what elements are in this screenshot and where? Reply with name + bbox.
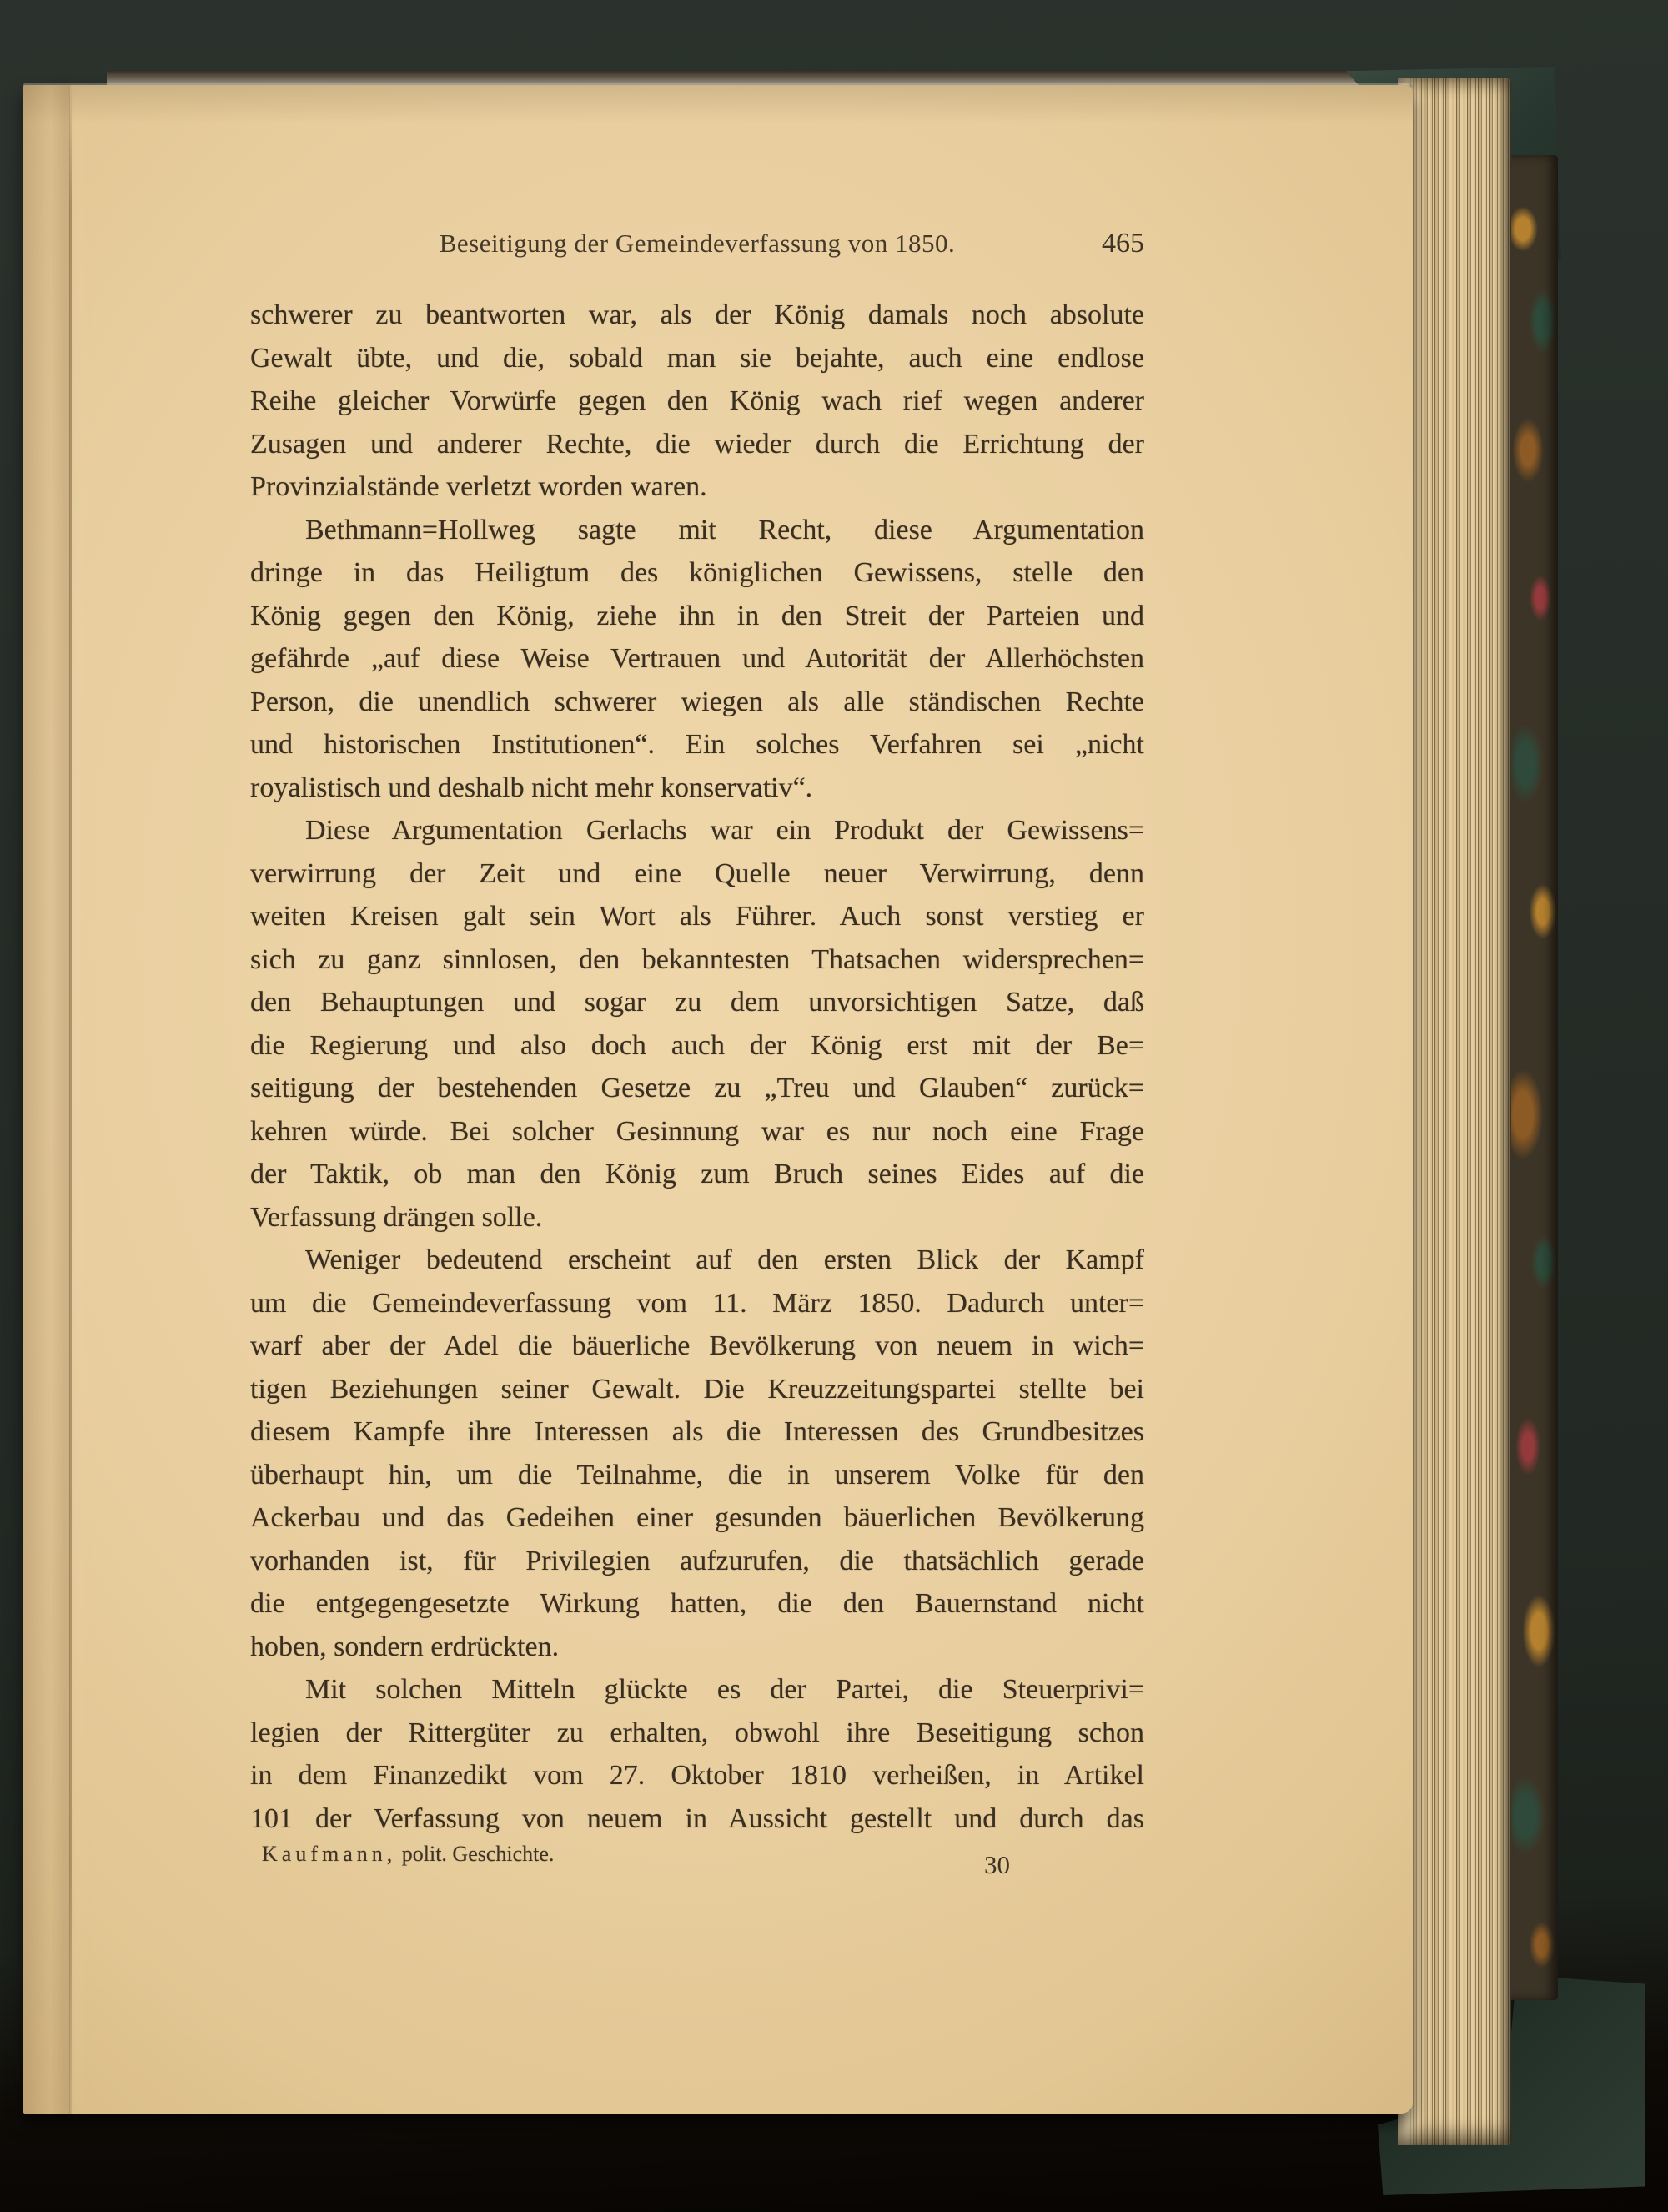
text-line: Mit solchen Mitteln glückte es der Parte…: [250, 1668, 1144, 1712]
text-line: weiten Kreisen galt sein Wort als Führer…: [250, 895, 1144, 938]
text-line: Reihe gleicher Vorwürfe gegen den König …: [250, 380, 1144, 423]
text-line: hoben, sondern erdrückten.: [250, 1626, 1144, 1669]
publisher-signature: Kaufmann, polit. Geschichte.: [262, 1842, 554, 1867]
text-line: Gewalt übte, und die, sobald man sie bej…: [250, 337, 1144, 380]
page-number: 465: [1102, 228, 1144, 259]
text-line: in dem Finanzedikt vom 27. Oktober 1810 …: [250, 1754, 1144, 1797]
gutter-crease: [69, 85, 72, 2114]
text-line: um die Gemeindeverfassung vom 11. März 1…: [250, 1282, 1144, 1325]
running-title: Beseitigung der Gemeindeverfassung von 1…: [250, 225, 1144, 262]
text-line: dringe in das Heiligtum des königlichen …: [250, 551, 1144, 595]
text-line: und historischen Institutionen“. Ein sol…: [250, 723, 1144, 767]
text-line: gefährde „auf diese Weise Vertrauen und …: [250, 637, 1144, 681]
page-footer: Kaufmann, polit. Geschichte. 30: [250, 1842, 1144, 1892]
text-line: die entgegengesetzte Wirkung hatten, die…: [250, 1582, 1144, 1626]
text-line: verwirrung der Zeit und eine Quelle neue…: [250, 852, 1144, 896]
text-line: überhaupt hin, um die Teilnahme, die in …: [250, 1454, 1144, 1497]
text-line: kehren würde. Bei solcher Gesinnung war …: [250, 1110, 1144, 1154]
text-line: tigen Beziehungen seiner Gewalt. Die Kre…: [250, 1368, 1144, 1411]
text-line: den Behauptungen und sogar zu dem unvors…: [250, 981, 1144, 1024]
sheet-number: 30: [984, 1850, 1010, 1880]
running-head: Beseitigung der Gemeindeverfassung von 1…: [250, 225, 1144, 267]
body-text: schwerer zu beantworten war, als der Kön…: [250, 294, 1144, 1840]
text-line: seitigung der bestehenden Gesetze zu „Tr…: [250, 1067, 1144, 1110]
printed-text-layer: Beseitigung der Gemeindeverfassung von 1…: [250, 225, 1144, 267]
text-line: warf aber der Adel die bäuerliche Bevölk…: [250, 1325, 1144, 1368]
text-line: Person, die unendlich schwerer wiegen al…: [250, 681, 1144, 724]
text-line: sich zu ganz sinnlosen, den bekanntesten…: [250, 938, 1144, 982]
text-line: König gegen den König, ziehe ihn in den …: [250, 595, 1144, 638]
text-line: legien der Rittergüter zu erhalten, obwo…: [250, 1712, 1144, 1755]
text-line: die Regierung und also doch auch der Kön…: [250, 1024, 1144, 1068]
text-line: Weniger bedeutend erscheint auf den erst…: [250, 1239, 1144, 1282]
text-line: Bethmann=Hollweg sagte mit Recht, diese …: [250, 509, 1144, 552]
text-line: 101 der Verfassung von neuem in Aussicht…: [250, 1797, 1144, 1841]
book-photo: Beseitigung der Gemeindeverfassung von 1…: [0, 0, 1668, 2212]
page-top-shading: [23, 85, 1413, 123]
page-stack-fore-edge: [1398, 78, 1511, 2145]
text-line: Provinzialstände verletzt worden waren.: [250, 465, 1144, 509]
text-line: der Taktik, ob man den König zum Bruch s…: [250, 1153, 1144, 1196]
text-line: diesem Kampfe ihre Interessen als die In…: [250, 1410, 1144, 1454]
text-line: royalistisch und deshalb nicht mehr kons…: [250, 767, 1144, 810]
signature-author: Kaufmann,: [262, 1842, 396, 1866]
signature-work: polit. Geschichte.: [396, 1842, 554, 1866]
text-line: Verfassung drängen solle.: [250, 1196, 1144, 1239]
page-left-shading: [23, 85, 70, 2114]
marbled-board-edge: [1506, 155, 1558, 2000]
text-line: vorhanden ist, für Privilegien aufzurufe…: [250, 1540, 1144, 1583]
text-line: Zusagen und anderer Rechte, die wieder d…: [250, 423, 1144, 466]
text-line: schwerer zu beantworten war, als der Kön…: [250, 294, 1144, 337]
text-line: Ackerbau und das Gedeihen einer gesunden…: [250, 1496, 1144, 1540]
text-line: Diese Argumentation Gerlachs war ein Pro…: [250, 809, 1144, 852]
